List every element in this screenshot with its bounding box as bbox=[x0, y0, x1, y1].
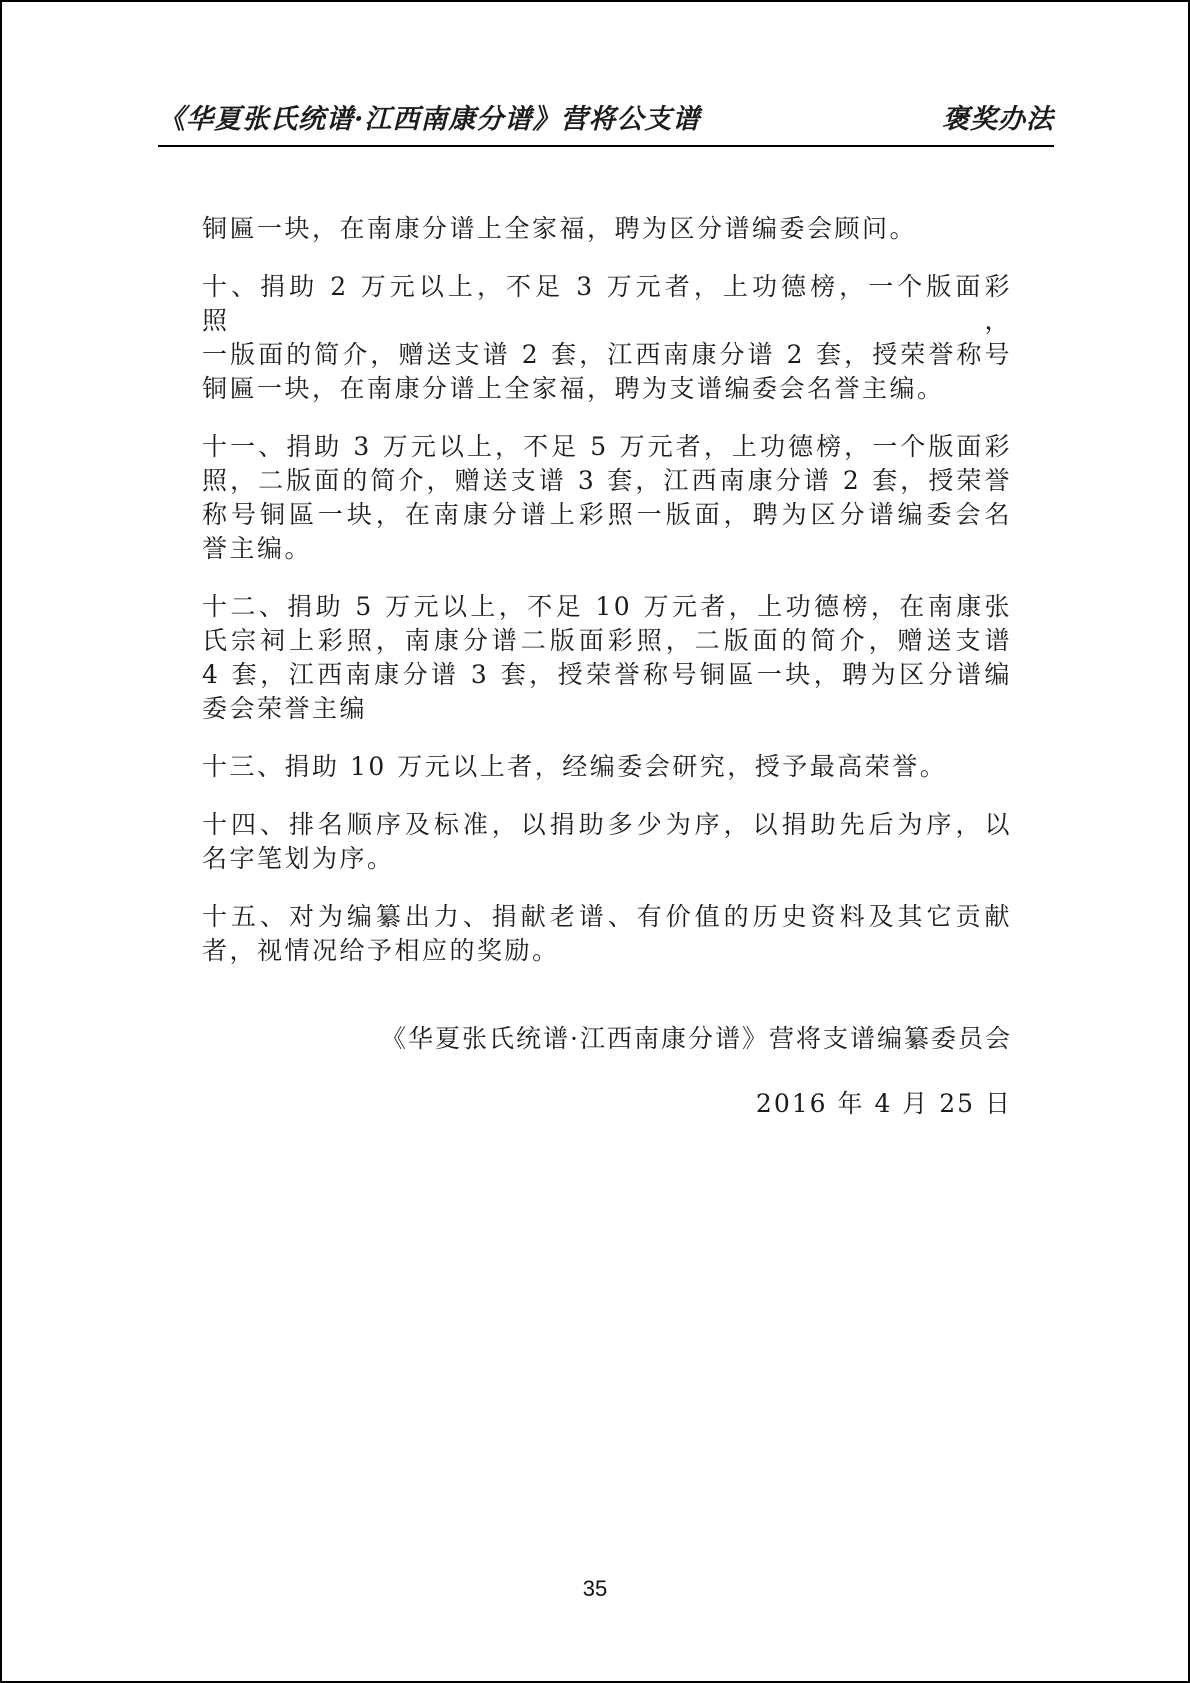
paragraph-item-12: 十二、捐助 5 万元以上，不足 10 万元者，上功德榜，在南康张 氏宗祠上彩照，… bbox=[202, 590, 1012, 726]
text-line: 一版面的简介，赠送支谱 2 套，江西南康分谱 2 套，授荣誉称号 bbox=[202, 338, 1012, 372]
committee-signature: 《华夏张氏统谱·江西南康分谱》营将支谱编纂委员会 bbox=[202, 1022, 1012, 1056]
text-line: 十三、捐助 10 万元以上者，经编委会研究，授予最高荣誉。 bbox=[202, 750, 1012, 784]
text-line: 十一、捐助 3 万元以上，不足 5 万元者，上功德榜，一个版面彩 bbox=[202, 430, 1012, 464]
text-line: 委会荣誉主编 bbox=[202, 692, 1012, 726]
document-page: 《华夏张氏统谱·江西南康分谱》营将公支谱 褒奖办法 铜匾一块，在南康分谱上全家福… bbox=[0, 0, 1190, 1683]
text-line: 铜匾一块，在南康分谱上全家福，聘为支谱编委会名誉主编。 bbox=[202, 372, 1012, 406]
signature-block: 《华夏张氏统谱·江西南康分谱》营将支谱编纂委员会 2016 年 4 月 25 日 bbox=[202, 1022, 1012, 1121]
page-number: 35 bbox=[583, 1576, 607, 1601]
paragraph-item-15: 十五、对为编纂出力、捐献老谱、有价值的历史资料及其它贡献 者，视情况给予相应的奖… bbox=[202, 900, 1012, 968]
paragraph-item-11: 十一、捐助 3 万元以上，不足 5 万元者，上功德榜，一个版面彩 照，二版面的简… bbox=[202, 430, 1012, 566]
paragraph-item-13: 十三、捐助 10 万元以上者，经编委会研究，授予最高荣誉。 bbox=[202, 750, 1012, 784]
paragraph-item-10: 十、捐助 2 万元以上，不足 3 万元者，上功德榜，一个版面彩照， 一版面的简介… bbox=[202, 270, 1012, 406]
page-header: 《华夏张氏统谱·江西南康分谱》营将公支谱 褒奖办法 bbox=[158, 104, 1054, 147]
page-footer: 35 bbox=[2, 1576, 1188, 1602]
text-line: 者，视情况给予相应的奖励。 bbox=[202, 934, 1012, 968]
text-line: 名字笔划为序。 bbox=[202, 842, 1012, 876]
text-line: 十四、排名顺序及标准，以捐助多少为序，以捐助先后为序，以 bbox=[202, 808, 1012, 842]
text-line: 称号铜區一块，在南康分谱上彩照一版面，聘为区分谱编委会名 bbox=[202, 498, 1012, 532]
text-line: 铜匾一块，在南康分谱上全家福，聘为区分谱编委会顾问。 bbox=[202, 212, 1012, 246]
text-line: 十、捐助 2 万元以上，不足 3 万元者，上功德榜，一个版面彩照， bbox=[202, 270, 1012, 338]
header-section-label: 褒奖办法 bbox=[942, 104, 1054, 136]
text-line: 十二、捐助 5 万元以上，不足 10 万元者，上功德榜，在南康张 bbox=[202, 590, 1012, 624]
header-title: 《华夏张氏统谱·江西南康分谱》营将公支谱 bbox=[158, 104, 700, 136]
text-line: 4 套，江西南康分谱 3 套，授荣誉称号铜區一块，聘为区分谱编 bbox=[202, 658, 1012, 692]
text-line: 照，二版面的简介，赠送支谱 3 套，江西南康分谱 2 套，授荣誉 bbox=[202, 464, 1012, 498]
text-line: 誉主编。 bbox=[202, 532, 1012, 566]
text-line: 十五、对为编纂出力、捐献老谱、有价值的历史资料及其它贡献 bbox=[202, 900, 1012, 934]
paragraph-continuation: 铜匾一块，在南康分谱上全家福，聘为区分谱编委会顾问。 bbox=[202, 212, 1012, 246]
signature-date: 2016 年 4 月 25 日 bbox=[202, 1087, 1012, 1121]
document-body: 铜匾一块，在南康分谱上全家福，聘为区分谱编委会顾问。 十、捐助 2 万元以上，不… bbox=[202, 212, 1012, 992]
paragraph-item-14: 十四、排名顺序及标准，以捐助多少为序，以捐助先后为序，以 名字笔划为序。 bbox=[202, 808, 1012, 876]
text-line: 氏宗祠上彩照，南康分谱二版面彩照，二版面的简介，赠送支谱 bbox=[202, 624, 1012, 658]
